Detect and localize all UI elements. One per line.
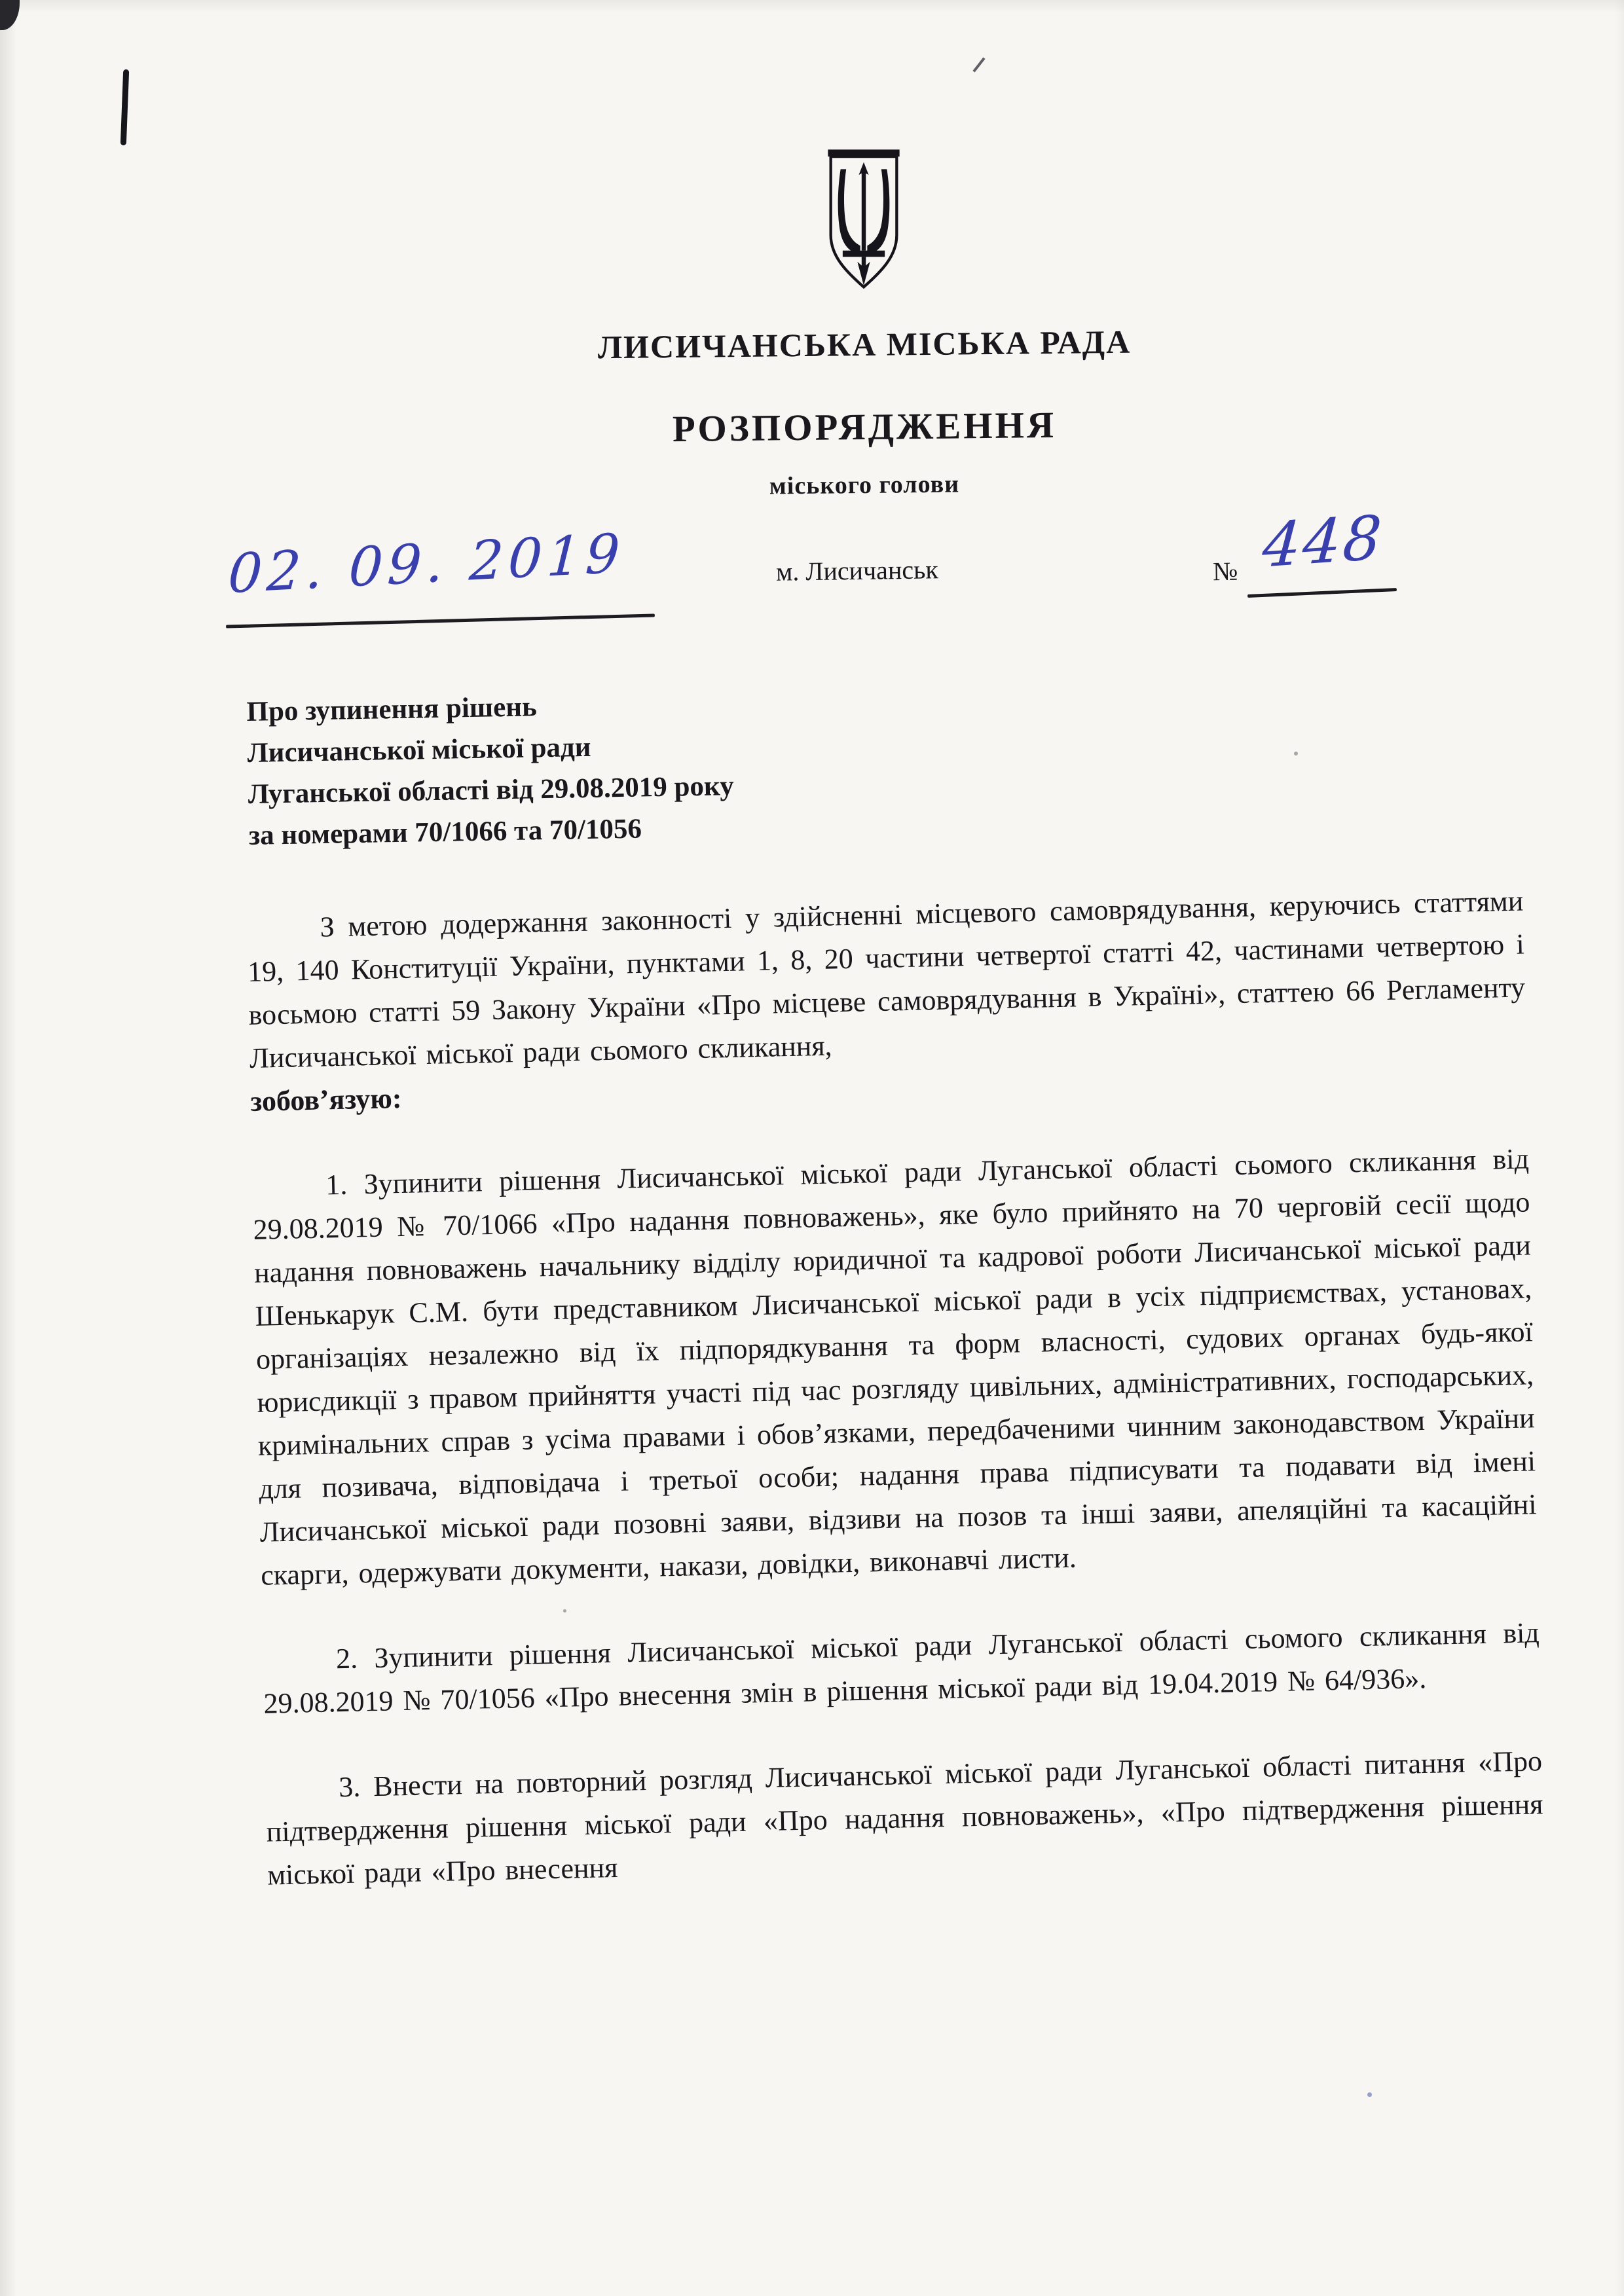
scan-speck xyxy=(972,58,985,73)
scan-speck xyxy=(1294,752,1298,756)
number-label: № xyxy=(1213,556,1238,587)
document-subtype: міського голови xyxy=(223,464,1506,507)
document-body: З метою додержання законності у здійснен… xyxy=(246,879,1545,1897)
city-name: м. Лисичанськ xyxy=(776,554,938,587)
date-underline xyxy=(226,613,655,628)
scanned-document-page: ЛИСИЧАНСЬКА МІСЬКА РАДА РОЗПОРЯДЖЕННЯ мі… xyxy=(0,0,1624,2296)
handwritten-number: 448 xyxy=(1260,502,1386,581)
handwritten-date: 02. 09. 2019 xyxy=(227,522,626,606)
subject-block: Про зупинення рішень Лисичанської місько… xyxy=(246,680,904,856)
decree-item-3: 3. Внести на повторний розгляд Лисичансь… xyxy=(265,1740,1545,1897)
document-type-title: РОЗПОРЯДЖЕННЯ xyxy=(223,399,1507,456)
decree-item-2: 2. Зупинити рішення Лисичанської міської… xyxy=(262,1611,1540,1726)
scan-corner-artifact xyxy=(0,0,20,30)
intro-paragraph: З метою додержання законності у здійснен… xyxy=(246,879,1526,1080)
organization-name: ЛИСИЧАНСЬКА МІСЬКА РАДА xyxy=(223,319,1507,371)
scan-speck xyxy=(1367,2092,1372,2097)
pen-mark xyxy=(120,69,129,145)
number-underline xyxy=(1247,588,1397,598)
decree-item-1: 1. Зупинити рішення Лисичанської міської… xyxy=(252,1137,1538,1597)
tryzub-emblem-icon xyxy=(821,145,907,293)
